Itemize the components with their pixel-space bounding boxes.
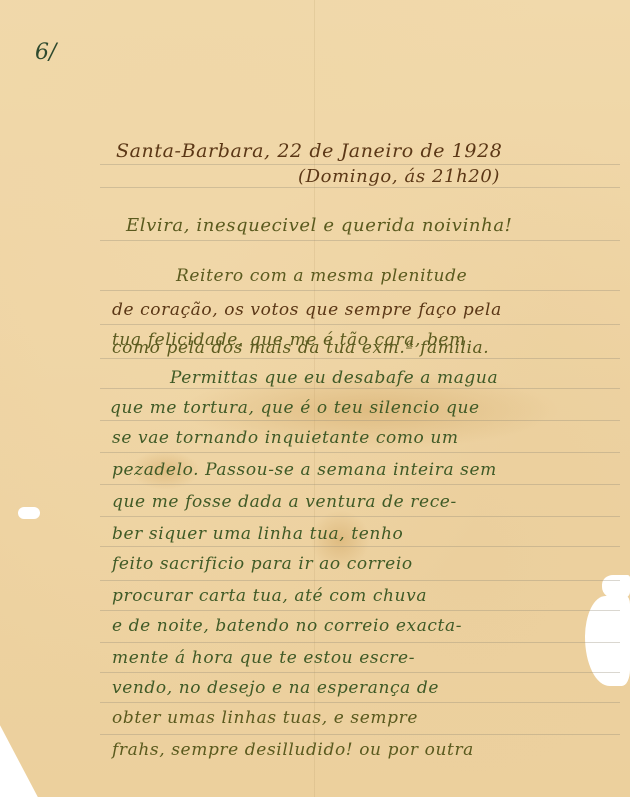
letter-line: ber siquer uma linha tua, tenho	[112, 524, 403, 544]
letter-line: Permittas que eu desabafe a magua	[170, 368, 498, 388]
letter-place-date: Santa-Barbara, 22 de Janeiro de 1928	[116, 140, 502, 162]
letter-line: feito sacrificio para ir ao correio	[112, 554, 413, 574]
letter-line: que me fosse dada a ventura de rece-	[112, 492, 457, 512]
ruled-line	[100, 610, 620, 611]
letter-line: frahs, sempre desilludido! ou por outra	[112, 740, 474, 760]
letter-line: e de noite, batendo no correio exacta-	[112, 616, 462, 636]
ruled-line	[100, 290, 620, 291]
page-number-mark: 6/	[35, 40, 56, 65]
ruled-line	[100, 240, 620, 241]
ruled-line	[100, 187, 620, 188]
letter-line: vendo, no desejo e na esperança de	[112, 678, 439, 698]
paper-hole	[18, 507, 40, 519]
ruled-line	[100, 672, 620, 673]
ruled-line	[100, 580, 620, 581]
ruled-line	[100, 484, 620, 485]
ruled-line	[100, 452, 620, 453]
letter-line: obter umas linhas tuas, e sempre	[112, 708, 418, 728]
ruled-line	[100, 420, 620, 421]
ruled-line	[100, 164, 620, 165]
ruled-line	[100, 702, 620, 703]
letter-line: pezadelo. Passou-se a semana inteira sem	[112, 460, 497, 480]
ruled-line	[100, 734, 620, 735]
letter-line: se vae tornando inquietante como um	[112, 428, 459, 448]
letter-salutation: Elvira, inesquecivel e querida noivinha!	[126, 215, 513, 236]
letter-line: mente á hora que te estou escre-	[112, 648, 415, 668]
ruled-line	[100, 546, 620, 547]
letter-line: que me tortura, que é o teu silencio que	[110, 398, 480, 418]
ruled-line	[100, 324, 620, 325]
ruled-line	[100, 388, 620, 389]
ruled-line	[100, 358, 620, 359]
ruled-line	[100, 642, 620, 643]
letter-line: de coração, os votos que sempre faço pel…	[112, 300, 502, 320]
letter-line: Reitero com a mesma plenitude	[176, 266, 467, 286]
ruled-line	[100, 516, 620, 517]
letter-line: procurar carta tua, até com chuva	[112, 586, 427, 606]
letter-day-time: (Domingo, ás 21h20)	[298, 166, 500, 187]
letter-line: como pela dos mais da tua exm.ª familia.	[112, 338, 489, 358]
